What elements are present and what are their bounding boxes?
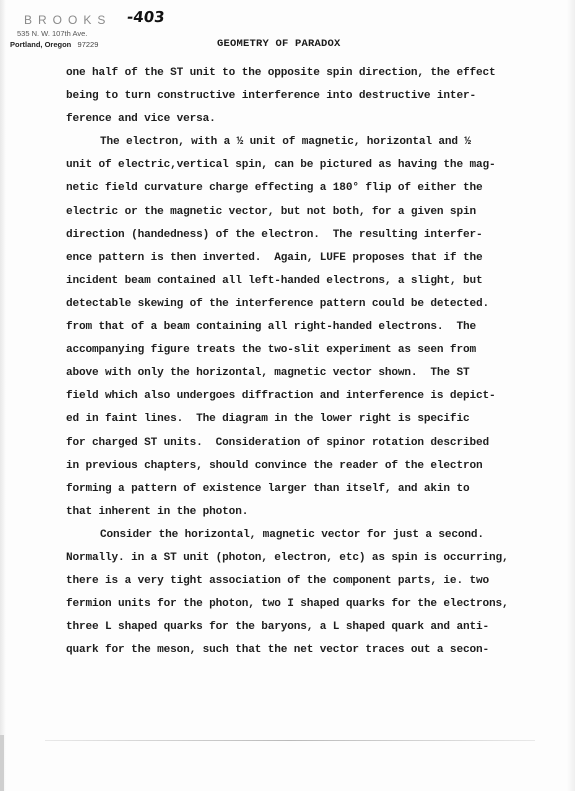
text-line: Consider the horizontal, magnetic vector…	[66, 528, 566, 551]
text-line: quark for the meson, such that the net v…	[66, 643, 566, 666]
text-line: being to turn constructive interference …	[66, 89, 566, 112]
document-page: BROOKS -403 535 N. W. 107th Ave. Portlan…	[0, 0, 575, 791]
text-line: ence pattern is then inverted. Again, LU…	[66, 251, 566, 274]
scan-edge-mark	[0, 735, 4, 791]
stamp-city-line: Portland, Oregon 97229	[10, 41, 98, 49]
text-line: ference and vice versa.	[66, 112, 566, 135]
text-line: forming a pattern of existence larger th…	[66, 482, 566, 505]
text-line: electric or the magnetic vector, but not…	[66, 205, 566, 228]
text-line: in previous chapters, should convince th…	[66, 459, 566, 482]
stamp-name: BROOKS	[24, 14, 111, 26]
text-line: direction (handedness) of the electron. …	[66, 228, 566, 251]
text-line: detectable skewing of the interference p…	[66, 297, 566, 320]
text-line: unit of electric,vertical spin, can be p…	[66, 158, 566, 181]
text-line: that inherent in the photon.	[66, 505, 566, 528]
text-line: one half of the ST unit to the opposite …	[66, 66, 566, 89]
text-line: Normally. in a ST unit (photon, electron…	[66, 551, 566, 574]
scan-edge-shadow-right	[567, 0, 575, 791]
text-line: ed in faint lines. The diagram in the lo…	[66, 412, 566, 435]
handwritten-page-code: -403	[126, 10, 165, 25]
text-line: from that of a beam containing all right…	[66, 320, 566, 343]
text-line: field which also undergoes diffraction a…	[66, 389, 566, 412]
stamp-zip: 97229	[78, 40, 99, 49]
text-line: there is a very tight association of the…	[66, 574, 566, 597]
text-line: above with only the horizontal, magnetic…	[66, 366, 566, 389]
stamp-city: Portland, Oregon	[10, 40, 71, 49]
text-line: for charged ST units. Consideration of s…	[66, 436, 566, 459]
text-line: netic field curvature charge effecting a…	[66, 181, 566, 204]
scan-edge-shadow	[0, 0, 6, 791]
stamp-street: 535 N. W. 107th Ave.	[17, 30, 87, 38]
bottom-rule	[45, 740, 535, 741]
text-line: The electron, with a ½ unit of magnetic,…	[66, 135, 566, 158]
page-title: GEOMETRY OF PARADOX	[217, 38, 341, 50]
text-line: accompanying figure treats the two-slit …	[66, 343, 566, 366]
body-text: one half of the ST unit to the opposite …	[66, 66, 566, 666]
text-line: incident beam contained all left-handed …	[66, 274, 566, 297]
text-line: fermion units for the photon, two I shap…	[66, 597, 566, 620]
text-line: three L shaped quarks for the baryons, a…	[66, 620, 566, 643]
